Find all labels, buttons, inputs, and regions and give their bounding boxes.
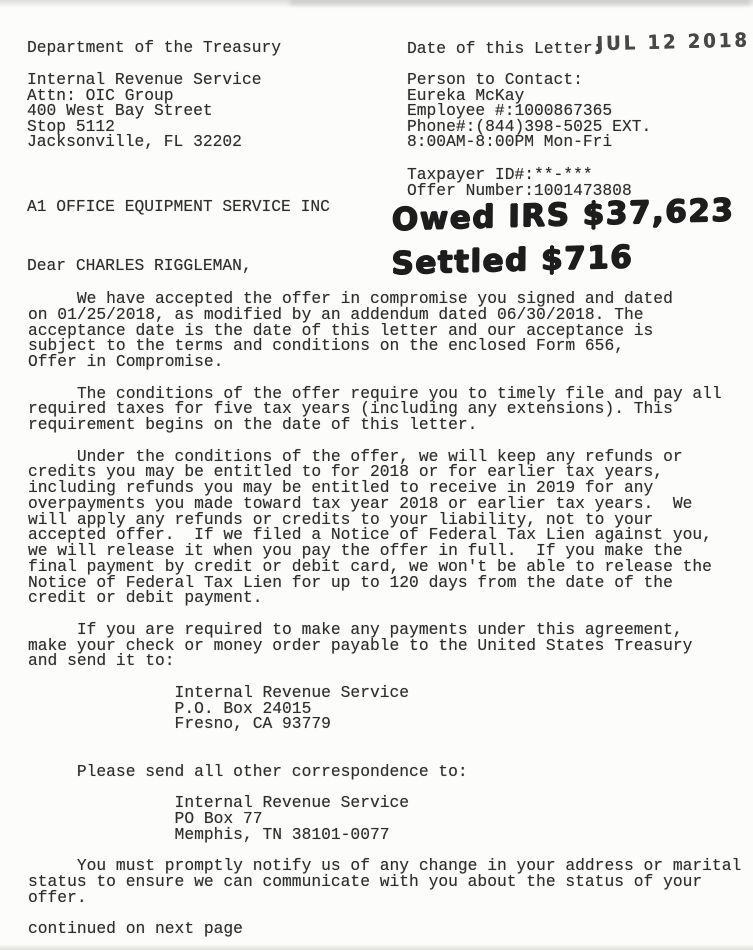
handwritten-annotation: Owed IRS $37,623 Settled $716 [391, 189, 734, 286]
scan-smudge-bottom [0, 944, 753, 950]
person-to-contact-block: Person to Contact: Eureka McKay Employee… [407, 72, 651, 150]
recipient-name-line: A1 OFFICE EQUIPMENT SERVICE INC [27, 199, 330, 215]
scan-smudge-top-dark [290, 0, 750, 5]
sender-address-block: Internal Revenue Service Attn: OIC Group… [27, 72, 262, 150]
scanned-letter-page: Department of the Treasury Internal Reve… [0, 0, 753, 950]
salutation-line: Dear CHARLES RIGGLEMAN, [27, 258, 252, 274]
letter-body: We have accepted the offer in compromise… [28, 291, 741, 937]
scan-smudge-top [0, 0, 753, 8]
handwritten-settled-amount: Settled $716 [391, 233, 734, 286]
date-of-letter-label: Date of this Letter: [407, 41, 602, 57]
date-stamp: JUL 12 2018 [596, 29, 750, 55]
sender-department-line: Department of the Treasury [27, 40, 281, 56]
